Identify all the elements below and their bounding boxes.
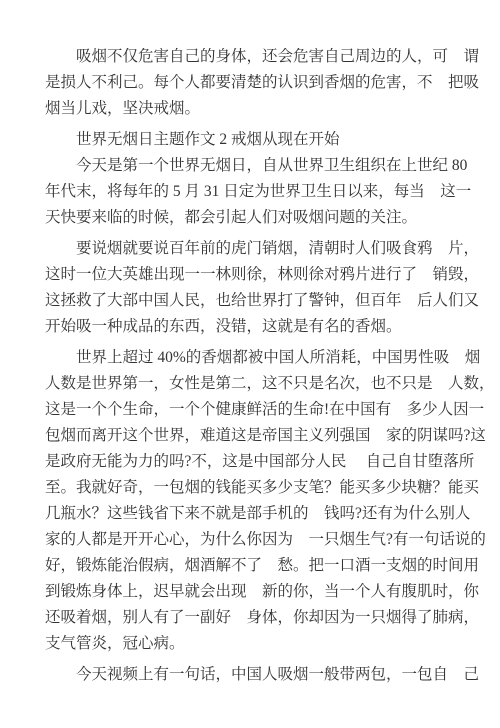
text-line: 这拯救了大部中国人民，也给世界打了警钟，但百年 后人们又 — [45, 288, 482, 314]
text-line: 还吸着烟，别人有了一副好 身体，你却因为一只烟得了肺病， — [45, 605, 482, 631]
text-line: 是损人不利己。每个人都要清楚的认识到香烟的危害，不 把吸 — [45, 70, 482, 96]
paragraph: 吸烟不仅危害自己的身体，还会危害自己周边的人，可 谓是损人不利己。每个人都要清楚… — [45, 44, 482, 122]
text-line: 到锻炼身体上，迟早就会出现 新的你，当一个人有腹肌时，你 — [45, 579, 482, 605]
text-line: 开始吸一种成品的东西，没错，这就是有名的香烟。 — [45, 314, 482, 340]
text-line: 至。我就好奇，一包烟的钱能买多少支笔？能买多少块糖？能买 — [45, 475, 482, 501]
section-heading: 世界无烟日主题作文 2 戒烟从现在开始 — [45, 127, 482, 153]
text-line: 这时一位大英雄出现一一林则徐，林则徐对鸦片进行了 销毁， — [45, 262, 482, 288]
text-line: 烟当儿戏，坚决戒烟。 — [45, 96, 482, 122]
paragraph: 要说烟就要说百年前的虎门销烟，清朝时人们吸食鸦 片，这时一位大英雄出现一一林则徐… — [45, 236, 482, 340]
text-line: 人数是世界第一，女性是第二，这不只是名次，也不只是 人数， — [45, 371, 482, 397]
heading-text-line: 世界无烟日主题作文 2 戒烟从现在开始 — [45, 127, 482, 153]
paragraph: 今天是第一个世界无烟日，自从世界卫生组织在上世纪 80年代末，将每年的 5 月 … — [45, 153, 482, 231]
document-page: 吸烟不仅危害自己的身体，还会危害自己周边的人，可 谓是损人不利己。每个人都要清楚… — [0, 0, 500, 728]
text-line: 世界上超过 40%的香烟都被中国人所消耗，中国男性吸 烟 — [45, 345, 482, 371]
text-line: 家的人都是开开心心，为什么你因为 一只烟生气?有一句话说的 — [45, 527, 482, 553]
text-line: 天快要来临的时候，都会引起人们对吸烟问题的关注。 — [45, 205, 482, 231]
text-line: 包烟而离开这个世界，难道这是帝国主义列强国 家的阴谋吗?这 — [45, 423, 482, 449]
paragraph: 今天视频上有一句话，中国人吸烟一般带两包，一包自 己 — [45, 662, 482, 688]
text-line: 今天是第一个世界无烟日，自从世界卫生组织在上世纪 80 — [45, 153, 482, 179]
text-line: 要说烟就要说百年前的虎门销烟，清朝时人们吸食鸦 片， — [45, 236, 482, 262]
text-line: 是政府无能为力的吗?不，这是中国部分人民 自己自甘堕落所 — [45, 449, 482, 475]
paragraph: 世界上超过 40%的香烟都被中国人所消耗，中国男性吸 烟人数是世界第一，女性是第… — [45, 345, 482, 657]
text-line: 几瓶水？这些钱省下来不就是部手机的 钱吗?还有为什么别人 — [45, 501, 482, 527]
text-line: 支气管炎，冠心病。 — [45, 631, 482, 657]
text-line: 吸烟不仅危害自己的身体，还会危害自己周边的人，可 谓 — [45, 44, 482, 70]
text-line: 年代末，将每年的 5 月 31 日定为世界卫生日以来，每当 这一 — [45, 179, 482, 205]
text-line: 这是一个个生命，一个个健康鲜活的生命!在中国有 多少人因一 — [45, 397, 482, 423]
text-line: 好，锻炼能治假病，烟酒解不了 愁。把一口酒一支烟的时间用 — [45, 553, 482, 579]
text-line: 今天视频上有一句话，中国人吸烟一般带两包，一包自 己 — [45, 662, 482, 688]
